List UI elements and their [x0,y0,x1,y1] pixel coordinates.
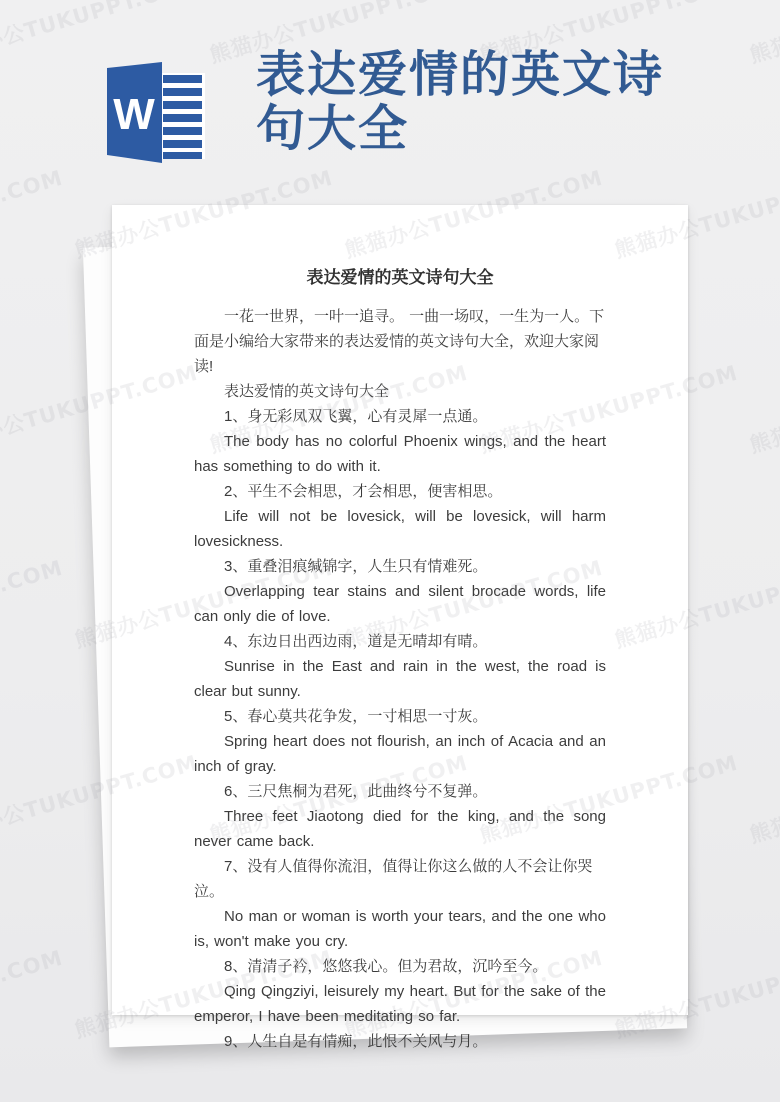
poem-cn-4: 4、东边日出西边雨，道是无晴却有晴。 [194,629,606,654]
watermark-text: 熊猫办公TUKUPPT.COM [0,942,66,1045]
document-title: 表达爱情的英文诗句大全 [194,265,606,291]
poem-cn-8: 8、清清子衿，悠悠我心。但为君故，沉吟至今。 [194,954,606,979]
poem-en-4: Sunrise in the East and rain in the west… [194,654,606,704]
poem-en-1: The body has no colorful Phoenix wings, … [194,429,606,479]
document-page: 表达爱情的英文诗句大全 一花一世界，一叶一追寻。 一曲一场叹，一生为一人。下面是… [112,205,688,1015]
page-title-line2: 句大全 [256,102,686,156]
poem-en-5: Spring heart does not flourish, an inch … [194,729,606,779]
header: W 表达爱情的英文诗 句大全 [0,0,780,180]
document-subtitle: 表达爱情的英文诗句大全 [194,379,606,404]
poem-cn-5: 5、春心莫共花争发，一寸相思一寸灰。 [194,704,606,729]
poem-en-8: Qing Qingziyi, leisurely my heart. But f… [194,979,606,1029]
watermark-text: 熊猫办公TUKUPPT.COM [746,747,780,850]
poem-en-7: No man or woman is worth your tears, and… [194,904,606,954]
poem-en-2: Life will not be lovesick, will be loves… [194,504,606,554]
watermark-text: 熊猫办公TUKUPPT.COM [746,357,780,460]
word-icon: W [105,55,205,165]
poem-cn-9: 9、人生自是有情痴，此恨不关风与月。 [194,1029,606,1054]
poem-cn-2: 2、平生不会相思，才会相思，便害相思。 [194,479,606,504]
document-intro: 一花一世界，一叶一追寻。 一曲一场叹，一生为一人。下面是小编给大家带来的表达爱情… [194,304,606,379]
watermark-text: 熊猫办公TUKUPPT.COM [0,552,66,655]
poem-cn-1: 1、身无彩凤双飞翼，心有灵犀一点通。 [194,404,606,429]
poem-cn-3: 3、重叠泪痕缄锦字，人生只有情难死。 [194,554,606,579]
poem-en-3: Overlapping tear stains and silent broca… [194,579,606,629]
page-title: 表达爱情的英文诗 句大全 [256,48,686,156]
page-title-line1: 表达爱情的英文诗 [256,48,686,102]
poem-en-6: Three feet Jiaotong died for the king, a… [194,804,606,854]
word-icon-letter: W [113,90,155,139]
poem-cn-6: 6、三尺焦桐为君死，此曲终兮不复弹。 [194,779,606,804]
poem-cn-7: 7、没有人值得你流泪，值得让你这么做的人不会让你哭泣。 [194,854,606,904]
